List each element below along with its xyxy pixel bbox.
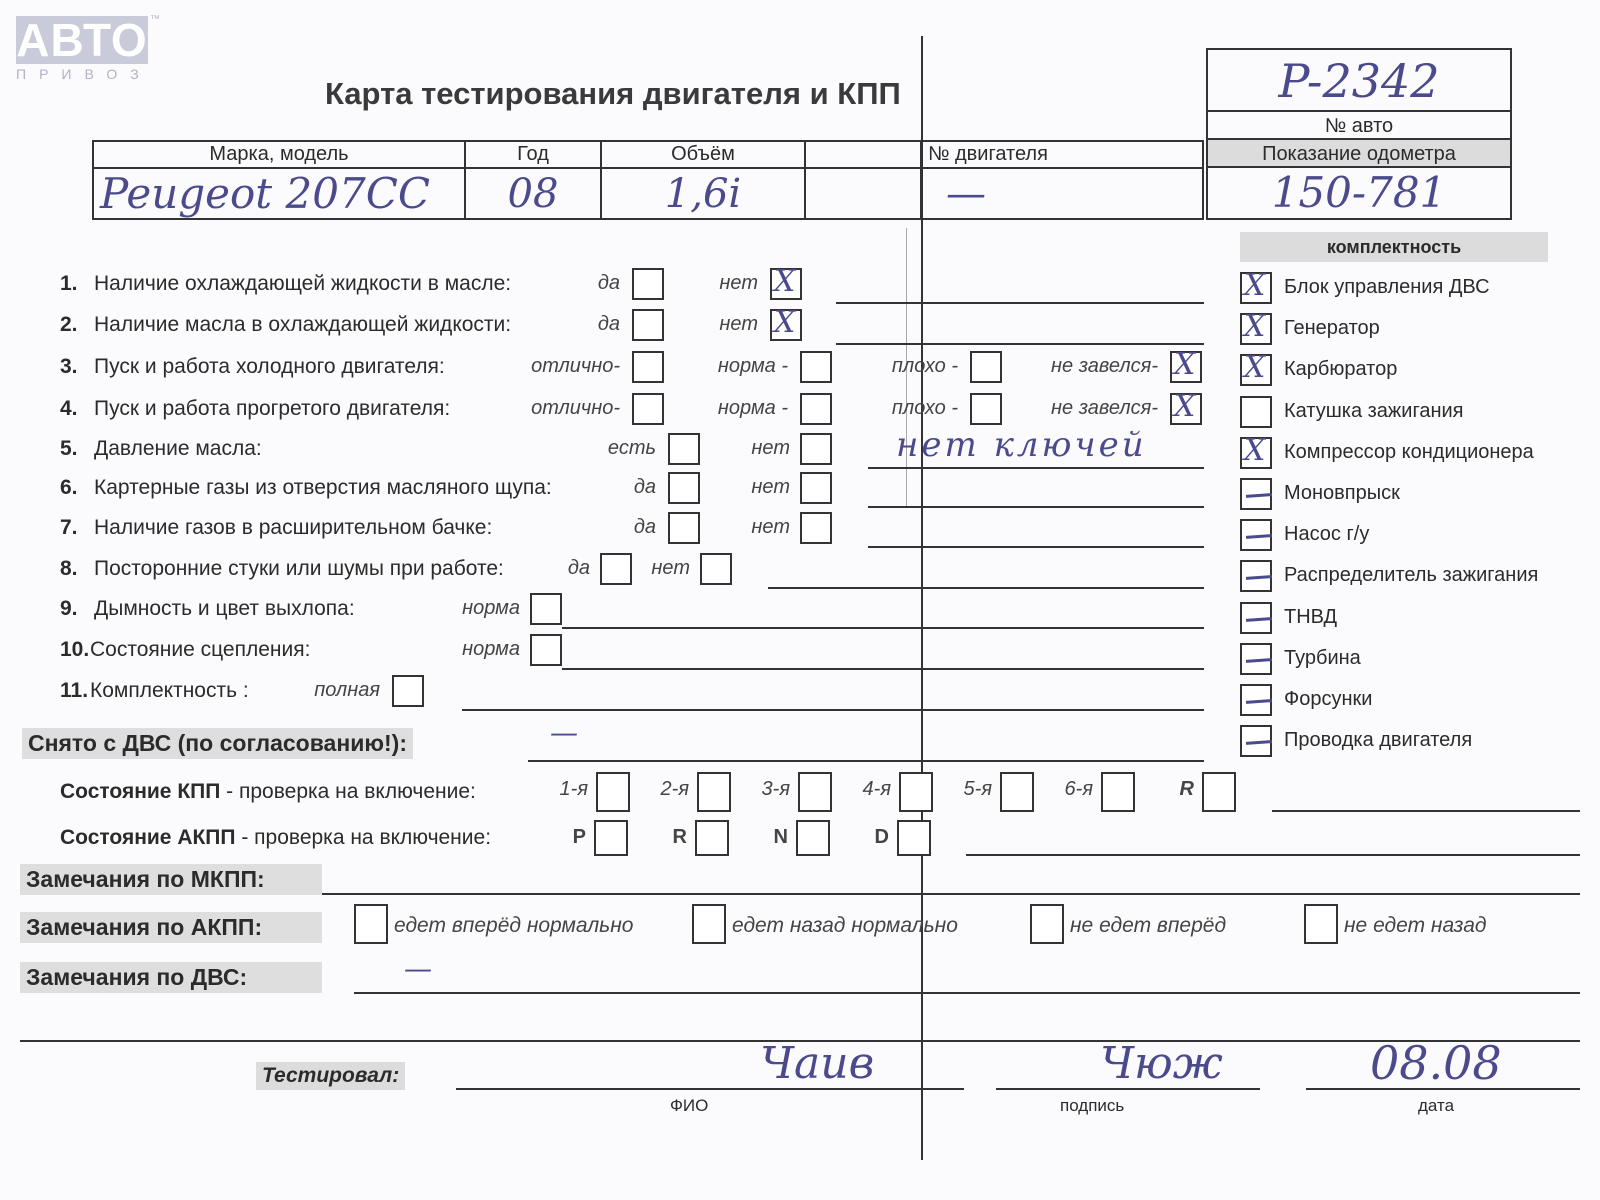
option-label: не завелся-	[998, 355, 1158, 378]
gear-checkbox[interactable]	[899, 772, 933, 812]
kpp-label-rest: - проверка на включение:	[220, 780, 476, 803]
signature-label: подпись	[1060, 1096, 1124, 1116]
kit-item-label: Генератор	[1284, 317, 1380, 340]
remarks-dvs-value[interactable]: —	[404, 952, 432, 985]
kit-item-label: Моновпрыск	[1284, 482, 1400, 505]
item-label: Пуск и работа прогретого двигателя:	[94, 397, 450, 420]
kit-item-label: Турбина	[1284, 647, 1361, 670]
option-checkbox[interactable]	[1170, 351, 1202, 383]
remarks-dvs-line	[354, 992, 1580, 994]
kit-checkbox[interactable]	[1240, 437, 1272, 469]
year-field[interactable]: 08	[466, 169, 600, 219]
note-line	[868, 506, 1204, 508]
item-number: 6.	[60, 476, 94, 500]
gear-label: R	[1142, 778, 1194, 801]
tested-label: Тестировал:	[256, 1062, 405, 1090]
col-volume: Объём 1,6i	[602, 142, 806, 218]
note-line	[768, 587, 1204, 589]
kit-item-label: Катушка зажигания	[1284, 400, 1464, 423]
kit-item-label: Карбюратор	[1284, 358, 1397, 381]
date-label: дата	[1418, 1096, 1454, 1116]
col-volume-label: Объём	[602, 142, 804, 169]
item-number: 9.	[60, 597, 94, 621]
gear-label: 6-я	[1041, 778, 1093, 801]
note-line	[868, 467, 1204, 469]
note-line	[868, 546, 1204, 548]
remarks-akpp-label: Замечания по АКПП:	[20, 912, 322, 943]
akpp-remark-checkbox[interactable]	[354, 904, 388, 944]
car-number-field[interactable]: P-2342	[1208, 50, 1510, 112]
gear-checkbox[interactable]	[697, 772, 731, 812]
gear-label: 5-я	[940, 778, 992, 801]
option-label: да	[460, 313, 620, 336]
kit-item-label: Распределитель зажигания	[1284, 564, 1538, 587]
item-label: Наличие масла в охлаждающей жидкости:	[94, 313, 511, 336]
col-year-label: Год	[466, 142, 600, 169]
note-line	[562, 627, 1204, 629]
checklist-item: 1.Наличие охлаждающей жидкости в масле:	[60, 272, 511, 296]
logo: АВТО	[16, 16, 148, 64]
option-label: полная	[220, 679, 380, 702]
akpp-gear-checkbox[interactable]	[594, 820, 628, 856]
remarks-dvs-label: Замечания по ДВС:	[20, 962, 322, 993]
item-number: 3.	[60, 355, 94, 379]
option-label: нет	[630, 437, 790, 460]
gear-checkbox[interactable]	[596, 772, 630, 812]
option-checkbox[interactable]	[392, 675, 424, 707]
akpp-gear-label: R	[655, 826, 687, 849]
item-note[interactable]: нет ключей	[896, 425, 1147, 465]
option-checkbox[interactable]	[700, 553, 732, 585]
empty-field[interactable]	[806, 169, 920, 219]
vehicle-info-table: Марка, модель Peugeot 207CC Год 08 Объём…	[92, 140, 1204, 220]
item-number: 5.	[60, 437, 94, 461]
option-label: да	[460, 272, 620, 295]
option-checkbox[interactable]	[800, 433, 832, 465]
note-line	[562, 668, 1204, 670]
col-empty	[806, 142, 922, 218]
akpp-label-bold: Состояние АКПП	[60, 826, 236, 849]
akpp-remark-checkbox[interactable]	[692, 904, 726, 944]
checklist-item: 5.Давление масла:	[60, 437, 262, 461]
option-label: нет	[598, 313, 758, 336]
item-label: Наличие газов в расширительном бачке:	[94, 516, 492, 539]
date-line	[1306, 1088, 1580, 1090]
option-checkbox[interactable]	[1170, 393, 1202, 425]
volume-field[interactable]: 1,6i	[602, 169, 804, 219]
note-line	[462, 709, 1204, 711]
option-checkbox[interactable]	[530, 593, 562, 625]
checklist-item: 9.Дымность и цвет выхлопа:	[60, 597, 355, 621]
page-title: Карта тестирования двигателя и КПП	[325, 76, 901, 112]
akpp-gear-checkbox[interactable]	[897, 820, 931, 856]
kit-item-label: ТНВД	[1284, 606, 1337, 629]
option-label: нет	[530, 557, 690, 580]
note-line	[836, 302, 1204, 304]
kit-item-label: Блок управления ДВС	[1284, 276, 1490, 299]
odometer-label: Показание одометра	[1208, 140, 1510, 168]
akpp-line	[966, 854, 1580, 856]
option-label: норма -	[628, 397, 788, 420]
kit-checkbox[interactable]	[1240, 396, 1272, 428]
option-label: плохо -	[798, 355, 958, 378]
kit-checkbox[interactable]	[1240, 478, 1272, 510]
kit-checkbox[interactable]	[1240, 602, 1272, 634]
kpp-line	[1272, 810, 1580, 812]
fio-field[interactable]: Чаив	[760, 1038, 874, 1089]
akpp-remark-label: едет вперёд нормально	[394, 914, 633, 938]
option-label: норма -	[628, 355, 788, 378]
option-label: норма	[360, 638, 520, 661]
gear-label: 4-я	[839, 778, 891, 801]
kpp-label: Состояние КПП - проверка на включение:	[60, 780, 476, 804]
option-label: не завелся-	[998, 397, 1158, 420]
item-number: 8.	[60, 557, 94, 581]
kit-item-label: Проводка двигателя	[1284, 729, 1472, 752]
col-model-label: Марка, модель	[94, 142, 464, 169]
gear-checkbox[interactable]	[798, 772, 832, 812]
item-label: Пуск и работа холодного двигателя:	[94, 355, 445, 378]
kit-item-label: Форсунки	[1284, 688, 1372, 711]
option-label: нет	[630, 476, 790, 499]
akpp-remark-checkbox[interactable]	[1304, 904, 1338, 944]
kit-checkbox[interactable]	[1240, 684, 1272, 716]
note-line	[836, 343, 1204, 345]
checklist-item: 7.Наличие газов в расширительном бачке:	[60, 516, 492, 540]
signature-line	[996, 1088, 1260, 1090]
akpp-gear-label: N	[756, 826, 788, 849]
kit-checkbox[interactable]	[1240, 560, 1272, 592]
kit-item-label: Насос г/у	[1284, 523, 1369, 546]
akpp-gear-label: D	[857, 826, 889, 849]
col-engine-number: № двигателя —	[922, 142, 1202, 218]
checklist-item: 3.Пуск и работа холодного двигателя:	[60, 355, 445, 379]
akpp-gear-checkbox[interactable]	[695, 820, 729, 856]
akpp-label: Состояние АКПП - проверка на включение:	[60, 826, 491, 850]
kit-checkbox[interactable]	[1240, 643, 1272, 675]
model-field[interactable]: Peugeot 207CC	[94, 169, 464, 219]
item-label: Дымность и цвет выхлопа:	[94, 597, 355, 620]
akpp-gear-checkbox[interactable]	[796, 820, 830, 856]
option-label: плохо -	[798, 397, 958, 420]
item-number: 11.	[60, 679, 90, 703]
kit-checkbox[interactable]	[1240, 519, 1272, 551]
remarks-mkpp-line[interactable]	[322, 893, 1580, 895]
item-number: 1.	[60, 272, 94, 296]
logo-tm: ™	[150, 14, 160, 25]
option-checkbox[interactable]	[770, 268, 802, 300]
removed-line	[528, 760, 1204, 762]
kpp-label-bold: Состояние КПП	[60, 780, 220, 803]
kit-checkbox[interactable]	[1240, 725, 1272, 757]
kit-title: комплектность	[1240, 232, 1548, 262]
option-checkbox[interactable]	[800, 472, 832, 504]
kit-checkbox[interactable]	[1240, 354, 1272, 386]
option-label: нет	[630, 516, 790, 539]
item-label: Картерные газы из отверстия масляного щу…	[94, 476, 552, 499]
option-checkbox[interactable]	[770, 309, 802, 341]
logo-subtitle: ПРИВОЗ	[16, 66, 152, 82]
option-label: отлично-	[460, 355, 620, 378]
gear-checkbox[interactable]	[1000, 772, 1034, 812]
akpp-remark-label: не едет вперёд	[1070, 914, 1226, 938]
fio-label: ФИО	[670, 1096, 708, 1116]
item-number: 4.	[60, 397, 94, 421]
odometer-field[interactable]: 150-781	[1208, 168, 1510, 218]
gear-checkbox[interactable]	[1202, 772, 1236, 812]
signature-field[interactable]: Чюж	[1100, 1038, 1223, 1089]
item-number: 7.	[60, 516, 94, 540]
col-model: Марка, модель Peugeot 207CC	[94, 142, 466, 218]
gear-label: 3-я	[738, 778, 790, 801]
item-label: Состояние сцепления:	[90, 638, 310, 661]
option-label: норма	[360, 597, 520, 620]
option-label: нет	[598, 272, 758, 295]
checklist-item: 2.Наличие масла в охлаждающей жидкости:	[60, 313, 511, 337]
col-empty-label	[806, 142, 920, 169]
remarks-mkpp-label: Замечания по МКПП:	[20, 864, 322, 895]
removed-value[interactable]: —	[550, 716, 578, 749]
item-number: 10.	[60, 638, 90, 662]
checklist-item: 10.Состояние сцепления:	[60, 638, 310, 662]
gear-label: 1-я	[536, 778, 588, 801]
car-info-box: P-2342 № авто Показание одометра 150-781	[1206, 48, 1512, 220]
option-label: отлично-	[460, 397, 620, 420]
akpp-label-rest: - проверка на включение:	[236, 826, 492, 849]
gear-checkbox[interactable]	[1101, 772, 1135, 812]
item-label: Давление масла:	[94, 437, 262, 460]
akpp-remark-label: едет назад нормально	[732, 914, 958, 938]
akpp-gear-label: P	[554, 826, 586, 849]
col-year: Год 08	[466, 142, 602, 218]
option-checkbox[interactable]	[800, 512, 832, 544]
kit-checkbox[interactable]	[1240, 313, 1272, 345]
car-number-label: № авто	[1208, 112, 1510, 140]
kit-checkbox[interactable]	[1240, 272, 1272, 304]
item-number: 2.	[60, 313, 94, 337]
fio-line	[456, 1088, 964, 1090]
gear-label: 2-я	[637, 778, 689, 801]
checklist-item: 6.Картерные газы из отверстия масляного …	[60, 476, 552, 500]
col-engine-label: № двигателя	[922, 142, 1202, 169]
option-checkbox[interactable]	[530, 634, 562, 666]
item-label: Наличие охлаждающей жидкости в масле:	[94, 272, 511, 295]
checklist-item: 4.Пуск и работа прогретого двигателя:	[60, 397, 450, 421]
date-field[interactable]: 08.08	[1370, 1036, 1502, 1090]
engine-number-field[interactable]: —	[922, 169, 1202, 219]
kit-item-label: Компрессор кондиционера	[1284, 441, 1534, 464]
akpp-remark-checkbox[interactable]	[1030, 904, 1064, 944]
akpp-remark-label: не едет назад	[1344, 914, 1486, 938]
removed-label: Снято с ДВС (по согласованию!):	[22, 728, 413, 759]
